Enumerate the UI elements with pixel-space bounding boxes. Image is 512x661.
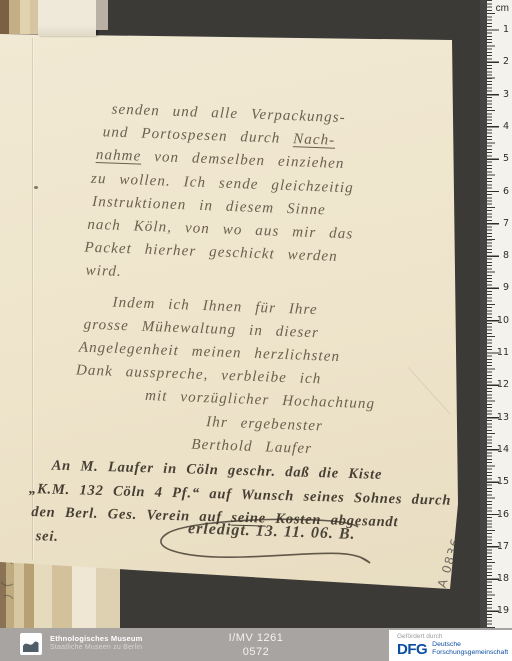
- ruler-number: 15: [497, 476, 509, 487]
- ruler-number: 7: [503, 218, 509, 229]
- ruler-number: 1: [503, 24, 509, 35]
- ruler-number: 4: [503, 121, 509, 132]
- ruler-number: 12: [497, 379, 509, 390]
- ruler-number: 17: [497, 541, 509, 552]
- footer-bar: Ethnologisches Museum Staatliche Museen …: [0, 628, 512, 661]
- ruler-number: 2: [503, 56, 509, 67]
- ruler-number: 18: [497, 573, 509, 584]
- ruler-unit-label: cm: [496, 3, 509, 14]
- ruler-number: 11: [497, 347, 509, 358]
- ruler-number: 14: [497, 444, 509, 455]
- ruler: cm 12345678910111213141516171819: [487, 0, 512, 628]
- ruler-number: 6: [503, 186, 509, 197]
- ink-blot: [34, 186, 38, 189]
- letter-page: senden und alle Verpackungs- und Portosp…: [0, 34, 460, 590]
- ruler-number: 8: [503, 250, 509, 261]
- scan-viewport: senden und alle Verpackungs- und Portosp…: [0, 0, 512, 661]
- dfg-full-name: Deutsche Forschungsgemeinschaft: [432, 641, 508, 657]
- dfg-funding-box: Gefördert durch DFG Deutsche Forschungsg…: [389, 630, 512, 661]
- ruler-number: 13: [497, 412, 509, 423]
- funding-label: Gefördert durch: [397, 633, 443, 640]
- ruler-number: 9: [503, 282, 509, 293]
- underlying-page-sliver: [96, 0, 108, 30]
- ruler-number: 16: [497, 509, 509, 520]
- ruler-number: 3: [503, 89, 509, 100]
- ruler-number: 5: [503, 153, 509, 164]
- dfg-logo: DFG: [397, 642, 427, 657]
- underlying-page-corner: [38, 0, 96, 36]
- backing-board-edge: [480, 0, 487, 628]
- ruler-number: 10: [497, 315, 509, 326]
- letter-body: senden und alle Verpackungs- und Portosp…: [85, 98, 456, 466]
- ruler-number: 19: [497, 605, 509, 616]
- book-edge-strips-top: [0, 0, 38, 34]
